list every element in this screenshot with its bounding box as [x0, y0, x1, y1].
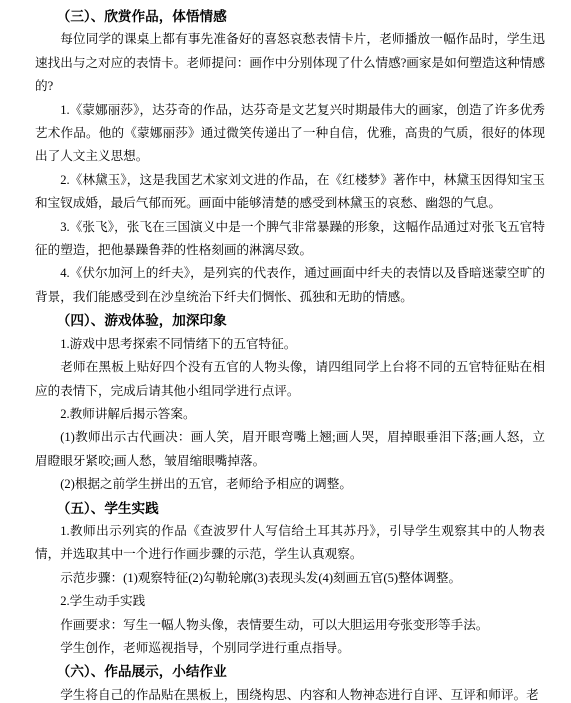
paragraph-practice-demo: 1.教师出示列宾的作品《查波罗什人写信给土耳其苏丹》，引导学生观察其中的人物表情… [35, 520, 545, 567]
paragraph-teacher-adjustment: (2)根据之前学生拼出的五官，老师给予相应的调整。 [35, 473, 545, 496]
document-page: （三）、欣赏作品，体悟情感 每位同学的课桌上都有事先准备好的喜怒哀愁表情卡片，老… [0, 0, 571, 703]
section-heading-6: （六）、作品展示，小结作业 [35, 660, 545, 683]
paragraph-painting-formula: (1)教师出示古代画决：画人笑，眉开眼弯嘴上翘;画人哭，眉掉眼垂泪下落;画人怒，… [35, 426, 545, 473]
section-heading-5: （五）、学生实践 [35, 497, 545, 520]
section-heading-3: （三）、欣赏作品，体悟情感 [35, 5, 545, 28]
paragraph-artwork-volga-boatmen: 4.《伏尔加河上的纤夫》，是列宾的代表作，通过画面中纤夫的表情以及昏暗迷蒙空旷的… [35, 262, 545, 309]
paragraph-artwork-mona-lisa: 1.《蒙娜丽莎》，达芬奇的作品，达芬奇是文艺复兴时期最伟大的画家，创造了许多优秀… [35, 99, 545, 169]
paragraph-game-blackboard: 老师在黑板上贴好四个没有五官的人物头像，请四组同学上台将不同的五官特征贴在相应的… [35, 356, 545, 403]
paragraph-drawing-requirements: 作画要求：写生一幅人物头像，表情要生动，可以大胆运用夸张变形等手法。 [35, 614, 545, 637]
paragraph-game-step-1: 1.游戏中思考探索不同情绪下的五官特征。 [35, 333, 545, 356]
paragraph-practice-step-2: 2.学生动手实践 [35, 590, 545, 613]
paragraph-work-display: 学生将自己的作品贴在黑板上，围绕构思、内容和人物神态进行自评、互评和师评。老 [35, 684, 545, 703]
paragraph-activity-intro: 每位同学的课桌上都有事先准备好的喜怒哀愁表情卡片，老师播放一幅作品时，学生迅速找… [35, 28, 545, 98]
section-heading-4: （四）、游戏体验，加深印象 [35, 309, 545, 332]
paragraph-demo-steps: 示范步骤：(1)观察特征(2)勾勒轮廓(3)表现头发(4)刻画五官(5)整体调整… [35, 567, 545, 590]
paragraph-artwork-lin-daiyu: 2.《林黛玉》，这是我国艺术家刘文进的作品，在《红楼梦》著作中，林黛玉因得知宝玉… [35, 169, 545, 216]
paragraph-artwork-zhang-fei: 3.《张飞》，张飞在三国演义中是一个脾气非常暴躁的形象，这幅作品通过对张飞五官特… [35, 216, 545, 263]
paragraph-game-step-2: 2.教师讲解后揭示答案。 [35, 403, 545, 426]
paragraph-student-creation: 学生创作，老师巡视指导，个别同学进行重点指导。 [35, 637, 545, 660]
